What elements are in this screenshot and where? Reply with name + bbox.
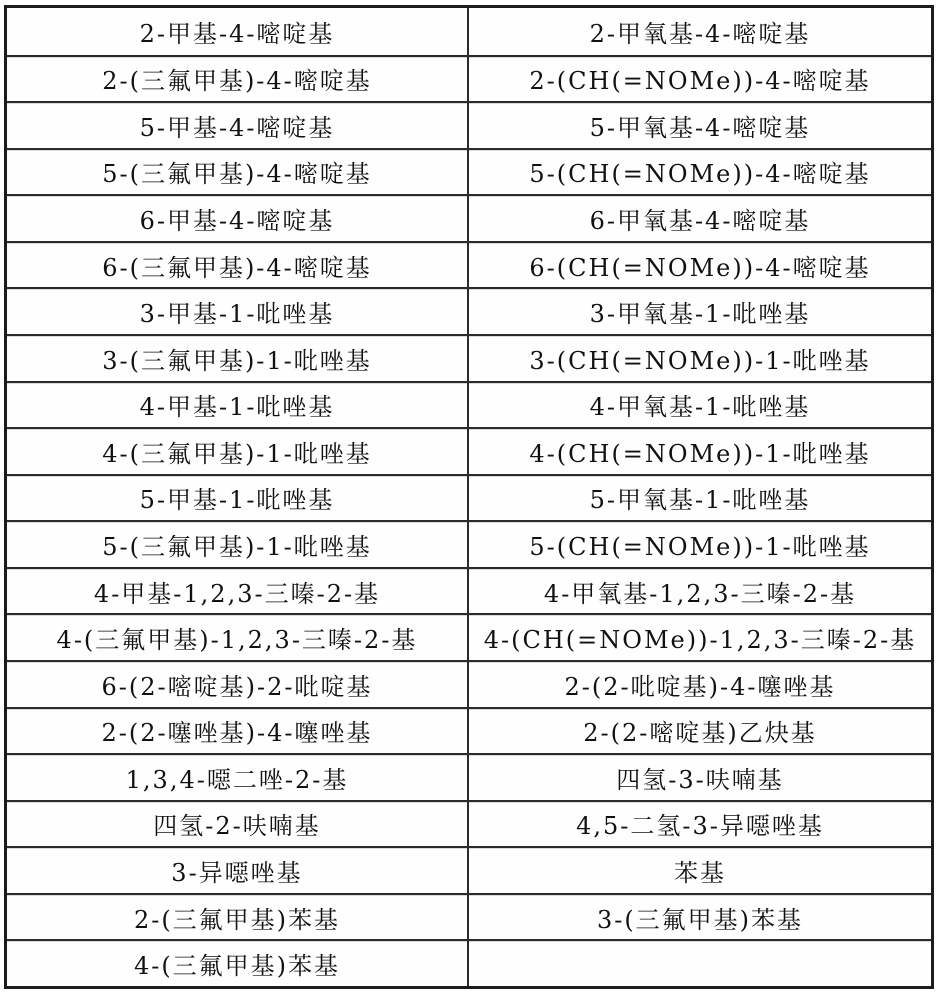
table-cell-right: 5-(CH(=NOMe))-4-嘧啶基 <box>469 148 931 195</box>
table-cell-right: 3-(CH(=NOMe))-1-吡唑基 <box>469 334 931 381</box>
table-cell-left: 4-甲基-1-吡唑基 <box>7 381 469 428</box>
table-cell-right: 苯基 <box>469 846 931 893</box>
table-cell-right: 3-(三氟甲基)苯基 <box>469 893 931 940</box>
table-cell-left: 5-(三氟甲基)-1-吡唑基 <box>7 520 469 567</box>
table-cell-left: 6-甲基-4-嘧啶基 <box>7 194 469 241</box>
table-cell-left: 3-甲基-1-吡唑基 <box>7 287 469 334</box>
table-cell-right: 4-(CH(=NOMe))-1-吡唑基 <box>469 427 931 474</box>
table-cell-right: 4,5-二氢-3-异噁唑基 <box>469 800 931 847</box>
table-cell-right: 4-甲氧基-1,2,3-三嗪-2-基 <box>469 567 931 614</box>
table-cell-left: 4-(三氟甲基)-1,2,3-三嗪-2-基 <box>7 613 469 660</box>
table-cell-left: 四氢-2-呋喃基 <box>7 800 469 847</box>
table-cell-left: 6-(2-嘧啶基)-2-吡啶基 <box>7 660 469 707</box>
table-cell-right: 2-(CH(=NOMe))-4-嘧啶基 <box>469 55 931 102</box>
table-cell-right: 2-(2-嘧啶基)乙炔基 <box>469 707 931 754</box>
table-cell-right: 4-(CH(=NOMe))-1,2,3-三嗪-2-基 <box>469 613 931 660</box>
table-cell-left: 2-(2-噻唑基)-4-噻唑基 <box>7 707 469 754</box>
table-cell-left: 5-甲基-4-嘧啶基 <box>7 101 469 148</box>
patent-document-page: 2-甲基-4-嘧啶基 2-甲氧基-4-嘧啶基 2-(三氟甲基)-4-嘧啶基 2-… <box>0 0 946 1000</box>
table-cell-right: 6-(CH(=NOMe))-4-嘧啶基 <box>469 241 931 288</box>
table-cell-left: 4-(三氟甲基)苯基 <box>7 939 469 986</box>
table-cell-left: 6-(三氟甲基)-4-嘧啶基 <box>7 241 469 288</box>
table-cell-left: 5-甲基-1-吡唑基 <box>7 474 469 521</box>
table-cell-right: 4-甲氧基-1-吡唑基 <box>469 381 931 428</box>
table-cell-left: 3-异噁唑基 <box>7 846 469 893</box>
table-cell-left: 4-(三氟甲基)-1-吡唑基 <box>7 427 469 474</box>
table-cell-left: 1,3,4-噁二唑-2-基 <box>7 753 469 800</box>
table-cell-right: 3-甲氧基-1-吡唑基 <box>469 287 931 334</box>
table-cell-right: 四氢-3-呋喃基 <box>469 753 931 800</box>
substituents-table: 2-甲基-4-嘧啶基 2-甲氧基-4-嘧啶基 2-(三氟甲基)-4-嘧啶基 2-… <box>4 5 934 989</box>
table-cell-right <box>469 939 931 986</box>
table-cell-right: 5-甲氧基-4-嘧啶基 <box>469 101 931 148</box>
table-cell-left: 4-甲基-1,2,3-三嗪-2-基 <box>7 567 469 614</box>
table-cell-left: 2-甲基-4-嘧啶基 <box>7 8 469 55</box>
table-cell-left: 2-(三氟甲基)苯基 <box>7 893 469 940</box>
table-cell-left: 5-(三氟甲基)-4-嘧啶基 <box>7 148 469 195</box>
table-cell-right: 6-甲氧基-4-嘧啶基 <box>469 194 931 241</box>
table-cell-right: 2-(2-吡啶基)-4-噻唑基 <box>469 660 931 707</box>
table-cell-right: 5-(CH(=NOMe))-1-吡唑基 <box>469 520 931 567</box>
table-cell-left: 3-(三氟甲基)-1-吡唑基 <box>7 334 469 381</box>
table-cell-left: 2-(三氟甲基)-4-嘧啶基 <box>7 55 469 102</box>
table-cell-right: 5-甲氧基-1-吡唑基 <box>469 474 931 521</box>
table-cell-right: 2-甲氧基-4-嘧啶基 <box>469 8 931 55</box>
